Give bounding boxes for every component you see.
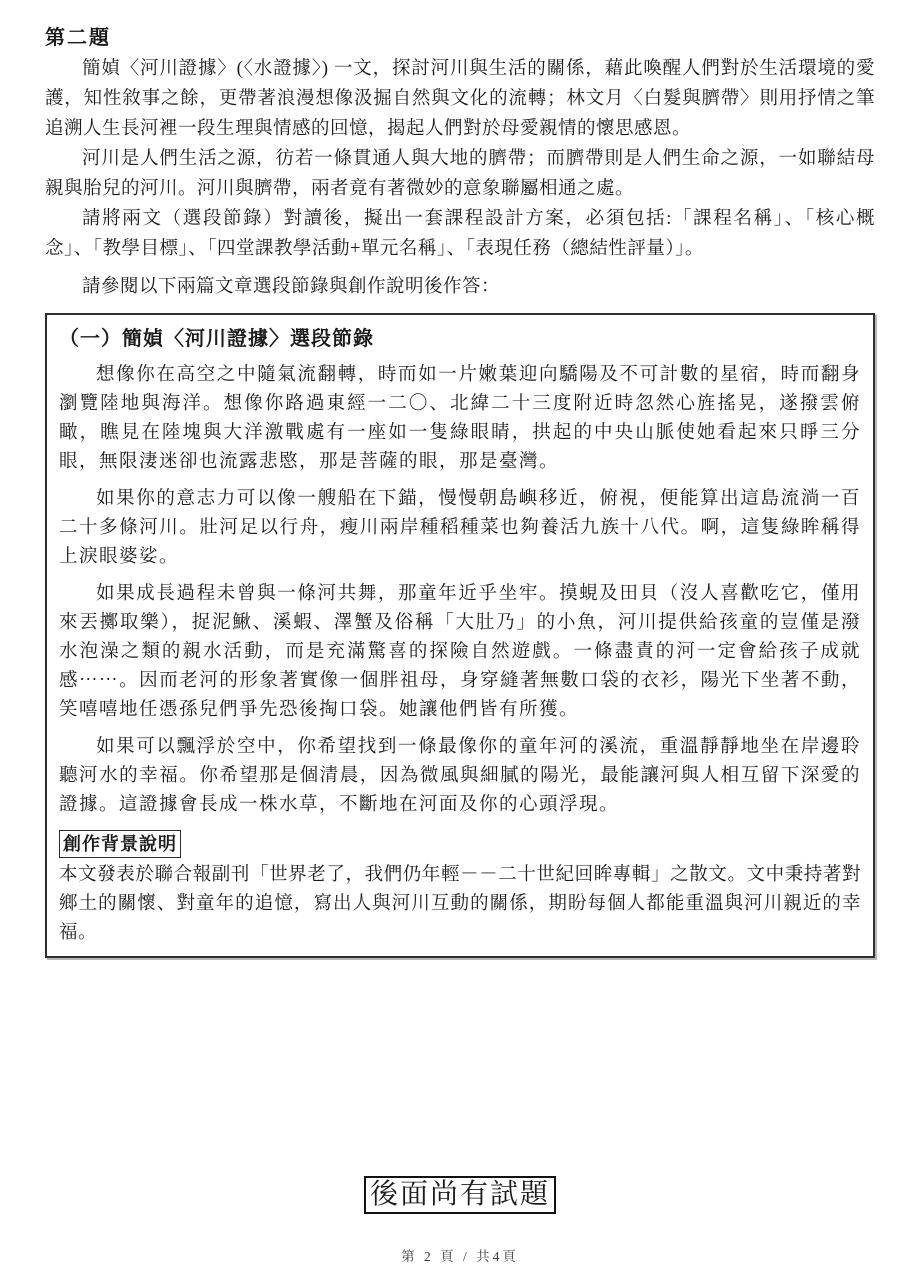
intro-paragraph-2: 河川是人們生活之源，彷若一條貫通人與大地的臍帶；而臍帶則是人們生命之源，一如聯結…: [45, 144, 875, 204]
reading-prompt: 請參閱以下兩篇文章選段節錄與創作說明後作答：: [45, 273, 875, 301]
continuation-notice: 後面尚有試題: [364, 1176, 556, 1214]
page-number-footer: 第 2 頁 / 共4頁: [0, 1245, 920, 1265]
intro-paragraph-3: 請將兩文（選段節錄）對讀後，擬出一套課程設計方案，必須包括:「課程名稱」、「核心…: [45, 204, 875, 264]
excerpt-heading: （一）簡媜〈河川證據〉選段節錄: [59, 327, 861, 351]
question-title: 第二題: [45, 26, 875, 50]
excerpt-paragraph-4: 如果可以飄浮於空中，你希望找到一條最像你的童年河的溪流，重溫靜靜地坐在岸邊聆聽河…: [59, 733, 861, 820]
excerpt-paragraph-3: 如果成長過程未曾與一條河共舞，那童年近乎坐牢。摸蜆及田貝（沒人喜歡吃它，僅用來丟…: [59, 580, 861, 725]
background-note-text: 本文發表於聯合報副刊「世界老了，我們仍年輕－－二十世紀回眸專輯」之散文。文中秉持…: [59, 861, 861, 948]
excerpt-paragraph-2: 如果你的意志力可以像一艘船在下錨，慢慢朝島嶼移近，俯視，便能算出這島流淌一百二十…: [59, 485, 861, 572]
background-note-label: 創作背景說明: [59, 830, 181, 858]
excerpt-paragraph-1: 想像你在高空之中隨氣流翻轉，時而如一片嫩葉迎向驕陽及不可計數的星宿，時而翻身瀏覽…: [59, 361, 861, 477]
excerpt-box: （一）簡媜〈河川證據〉選段節錄 想像你在高空之中隨氣流翻轉，時而如一片嫩葉迎向驕…: [45, 313, 875, 958]
exam-page: 第二題 簡媜〈河川證據〉(〈水證據〉) 一文，探討河川與生活的關係，藉此喚醒人們…: [0, 0, 920, 958]
intro-paragraph-1: 簡媜〈河川證據〉(〈水證據〉) 一文，探討河川與生活的關係，藉此喚醒人們對於生活…: [45, 54, 875, 144]
